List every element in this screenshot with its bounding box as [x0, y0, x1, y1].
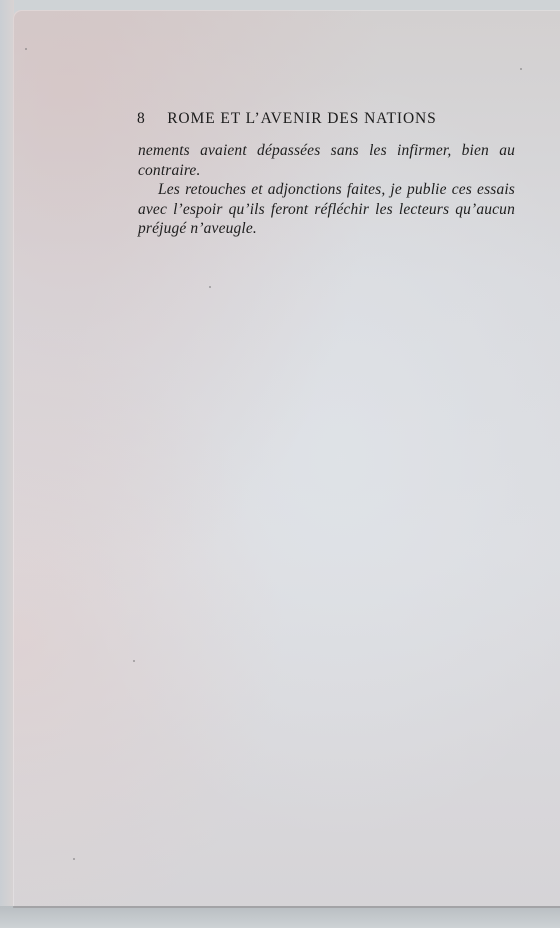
- scan-backdrop-bottom: [0, 906, 560, 928]
- paper-speck: [25, 48, 27, 50]
- page-number: 8: [127, 110, 163, 128]
- scan-backdrop-left: [0, 0, 14, 928]
- paper-speck: [133, 660, 135, 662]
- paragraph-continuation: nements avaient dépassées sans les infir…: [138, 141, 515, 180]
- paper-speck: [73, 858, 75, 860]
- running-head: 8 ROME ET L’AVENIR DES NATIONS: [127, 110, 467, 128]
- paper-speck: [520, 68, 522, 70]
- paper-speck: [209, 286, 211, 288]
- paragraph: Les retouches et adjonctions faites, je …: [138, 180, 515, 239]
- body-text: nements avaient dépassées sans les infir…: [138, 141, 515, 239]
- running-title: ROME ET L’AVENIR DES NATIONS: [167, 110, 436, 128]
